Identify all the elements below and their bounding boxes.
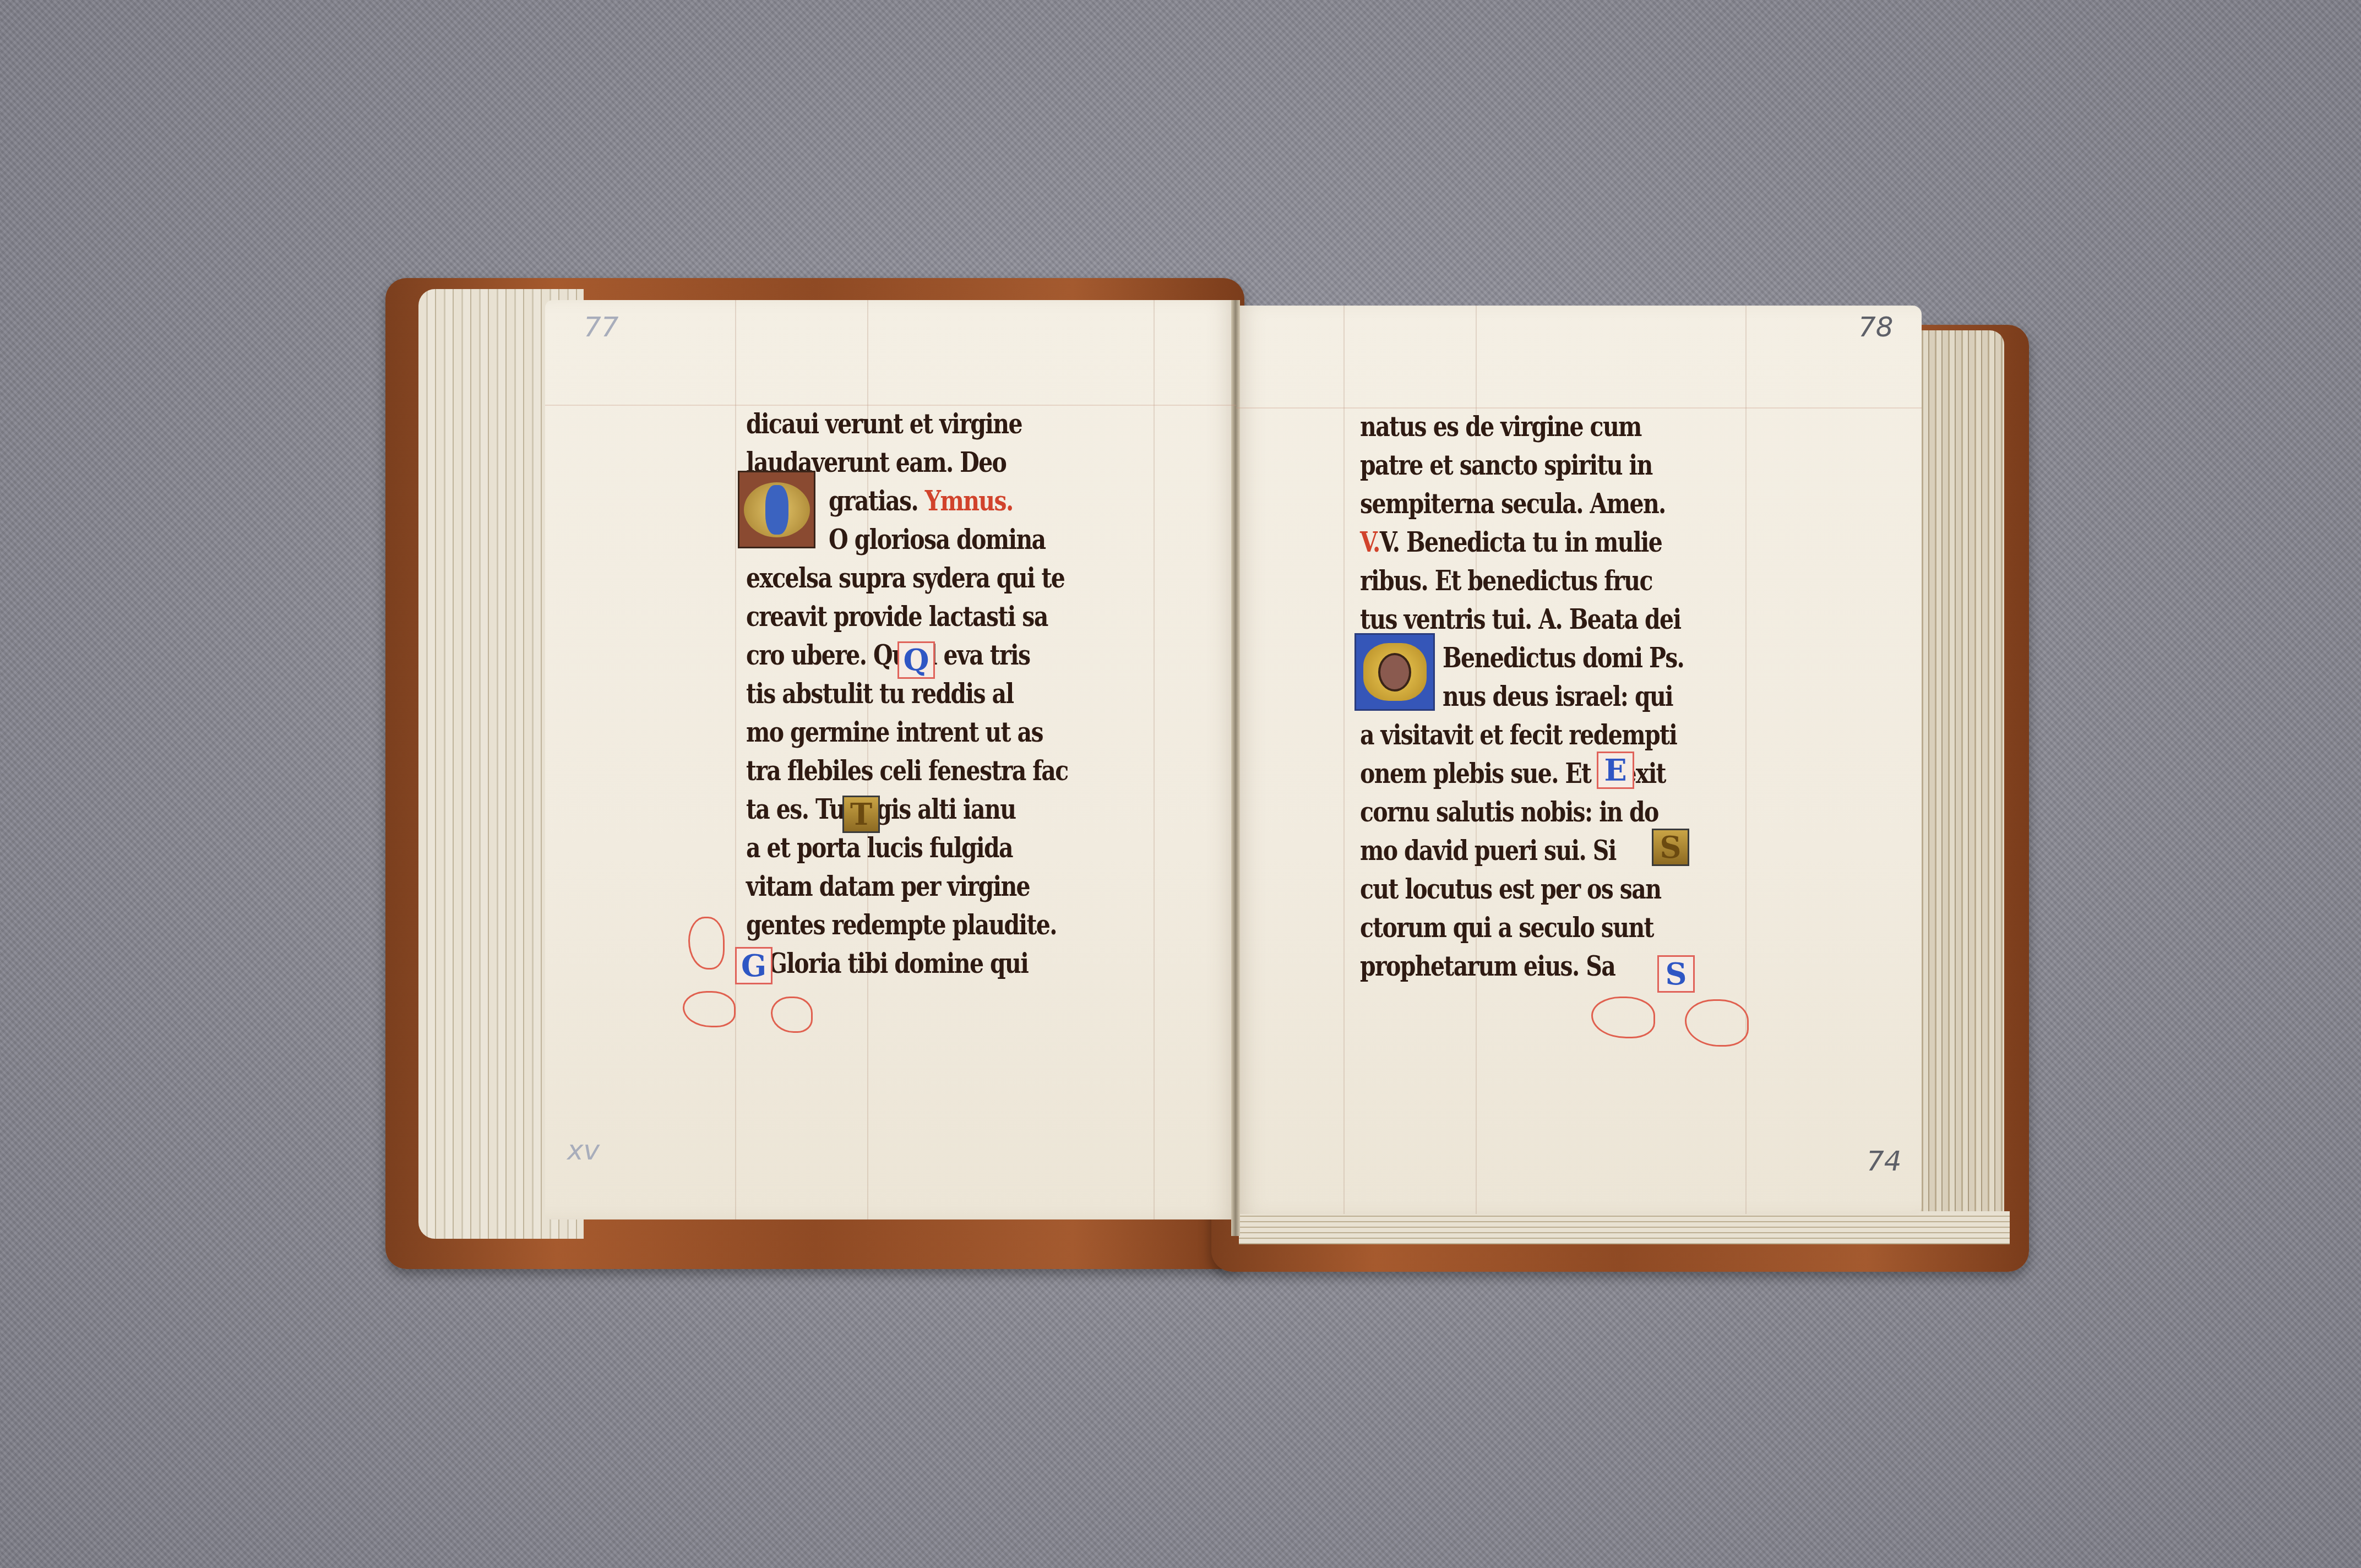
text-line: cornu salutis nobis: in do [1360, 793, 1658, 831]
gold-leaf [744, 482, 810, 537]
rubric: Ymnus. [925, 484, 1013, 517]
book-gutter [1231, 300, 1240, 1236]
gilded-initial-t: T [842, 796, 880, 833]
illuminated-initial-b [1354, 633, 1435, 711]
text-line: gentes redempte plaudite. [746, 906, 1057, 944]
folio-number-right: 78 [1858, 311, 1894, 343]
ruling-line [1343, 306, 1345, 1214]
gold-leaf [1363, 643, 1427, 701]
initial-core [1378, 653, 1411, 692]
text-line: tis abstulit tu reddis al [746, 674, 1013, 713]
penwork-initial-s: S [1657, 955, 1695, 993]
text-line: a visitavit et fecit redempti [1360, 716, 1677, 754]
penwork-initial-g: G [735, 947, 773, 984]
folio-number-left: 77 [584, 311, 619, 343]
text-line: prophetarum eius. Sa [1360, 947, 1615, 986]
text-line: creavit provide lactasti sa [746, 597, 1048, 636]
ruling-line [735, 300, 736, 1219]
folio-number-right-bottom: 74 [1867, 1145, 1902, 1177]
page-edges-right [1916, 330, 2004, 1244]
text-line: dicaui verunt et virgine [746, 405, 1022, 443]
text-line: V.V. Benedicta tu in mulie [1360, 523, 1662, 562]
text-line: nus deus israel: qui [1443, 677, 1673, 716]
text-line: a et porta lucis fulgida [746, 829, 1013, 867]
text-line: ctorum qui a seculo sunt [1360, 908, 1653, 947]
text-line: cro ubere. Quod eva tris [746, 636, 1030, 674]
text-line: gratias. Ymnus. [829, 482, 1013, 520]
text-line: tra flebiles celi fenestra fac [746, 752, 1068, 790]
blue-center [765, 485, 788, 535]
text-line: ta es. Tu regis alti ianu [746, 790, 1015, 829]
text-line: mo david pueri sui. Si [1360, 831, 1616, 870]
penwork-initial-e: E [1597, 752, 1634, 789]
gilded-initial-s: S [1652, 829, 1689, 866]
page-edges-bottom [1239, 1211, 2010, 1244]
text-line: cut locutus est per os san [1360, 870, 1661, 908]
text-line: patre et sancto spiritu in [1360, 446, 1652, 484]
text-line: O gloriosa domina [829, 520, 1045, 559]
text-line: excelsa supra sydera qui te [746, 559, 1064, 597]
text-line: mo germine intrent ut as [746, 713, 1043, 752]
text-line: vitam datam per virgine [746, 867, 1030, 906]
text-line: Benedictus domi Ps. [1443, 639, 1684, 677]
text-line: sempiterna secula. Amen. [1360, 484, 1666, 523]
text-line: ribus. Et benedictus fruc [1360, 562, 1652, 600]
penwork-initial-q: Q [897, 641, 935, 679]
text-line: Gloria tibi domine qui [768, 944, 1028, 983]
folio-number-left-bottom: xv [567, 1134, 600, 1166]
text-line: natus es de virgine cum [1360, 407, 1641, 446]
illuminated-initial-o [738, 471, 815, 548]
